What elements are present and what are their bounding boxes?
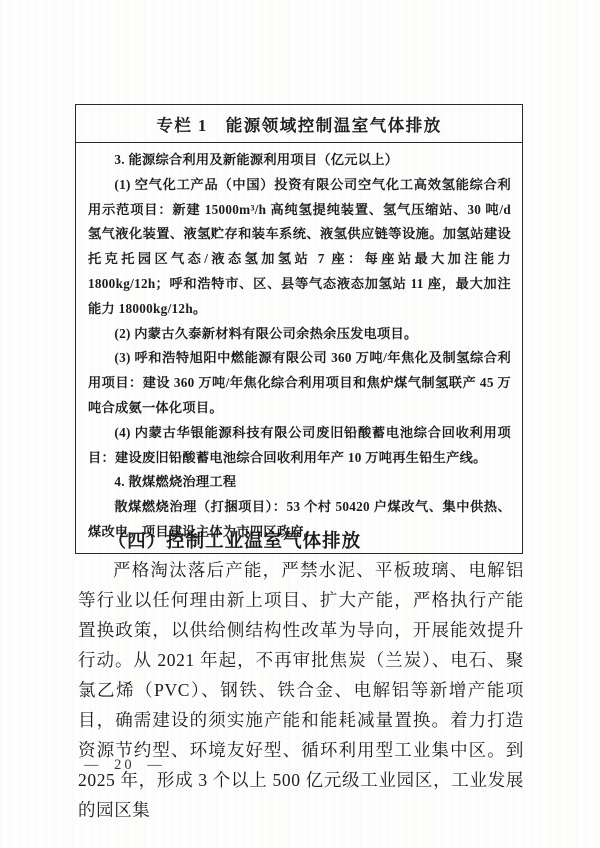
box-content: 3. 能源综合利用及新能源利用项目（亿元以上） (1) 空气化工产品（中国）投资… bbox=[76, 143, 522, 553]
box-paragraph-project-4: (4) 内蒙古华银能源科技有限公司废旧铅酸蓄电池综合回收利用项目：建设废旧铅酸蓄… bbox=[88, 421, 511, 471]
section-paragraph: 严格淘汰落后产能，严禁水泥、平板玻璃、电解铝等行业以任何理由新上项目、扩大产能，… bbox=[78, 555, 524, 825]
box-paragraph-project-2: (2) 内蒙古久泰新材料有限公司余热余压发电项目。 bbox=[88, 322, 511, 347]
box-paragraph-item-3: 3. 能源综合利用及新能源利用项目（亿元以上） bbox=[88, 148, 511, 173]
box-paragraph-project-1: (1) 空气化工产品（中国）投资有限公司空气化工高效氢能综合利用示范项目：新建 … bbox=[88, 173, 511, 322]
section-heading: （四）控制工业温室气体排放 bbox=[78, 527, 524, 553]
page-number: — 20 — bbox=[84, 757, 165, 774]
column-1-box: 专栏 1 能源领域控制温室气体排放 3. 能源综合利用及新能源利用项目（亿元以上… bbox=[75, 104, 523, 554]
box-paragraph-project-3: (3) 呼和浩特旭阳中燃能源有限公司 360 万吨/年焦化及制氢综合利用项目：建… bbox=[88, 346, 511, 420]
document-page: 专栏 1 能源领域控制温室气体排放 3. 能源综合利用及新能源利用项目（亿元以上… bbox=[0, 0, 600, 848]
box-paragraph-item-4: 4. 散煤燃烧治理工程 bbox=[88, 470, 511, 495]
box-title: 专栏 1 能源领域控制温室气体排放 bbox=[76, 105, 522, 143]
